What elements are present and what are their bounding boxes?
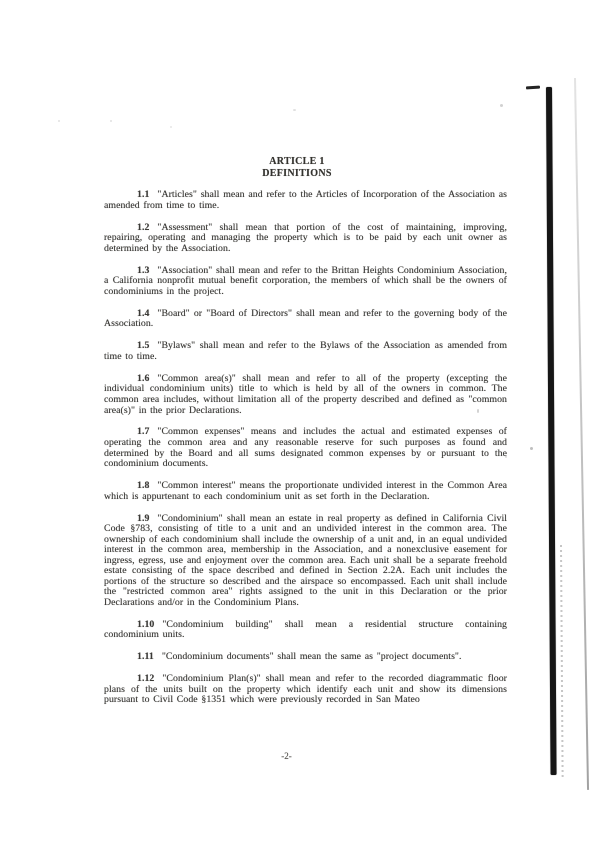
section-number: 1.10: [137, 619, 162, 630]
section-text: "Condominium building" shall mean a resi…: [104, 619, 507, 641]
definition-paragraph-1-12: 1.12"Condominium Plan(s)" shall mean and…: [104, 674, 507, 706]
section-text: "Condominium Plan(s)" shall mean and ref…: [104, 673, 507, 705]
section-text: "Articles" shall mean and refer to the A…: [104, 189, 507, 211]
article-subtitle: DEFINITIONS: [104, 168, 490, 180]
section-number: 1.11: [137, 651, 162, 662]
definition-paragraph-1-11: 1.11"Condominium documents" shall mean t…: [104, 652, 507, 663]
definition-paragraph-1-5: 1.5"Bylaws" shall mean and refer to the …: [104, 341, 507, 362]
section-number: 1.5: [137, 340, 157, 351]
article-title: ARTICLE 1: [104, 156, 490, 168]
scan-speck: [530, 447, 533, 450]
section-number: 1.1: [137, 189, 157, 200]
definition-paragraph-1-4: 1.4"Board" or "Board of Directors" shall…: [104, 309, 507, 330]
section-number: 1.12: [137, 673, 162, 684]
section-number: 1.7: [137, 426, 157, 437]
section-text: "Condominium documents" shall mean the s…: [162, 651, 462, 662]
definition-paragraph-1-2: 1.2"Assessment" shall mean that portion …: [104, 223, 507, 255]
scanned-document-page: ARTICLE 1 DEFINITIONS 1.1"Articles" shal…: [0, 0, 600, 848]
scan-binding-bar: [546, 87, 557, 775]
section-text: "Common expenses" means and includes the…: [104, 426, 507, 469]
scan-speck: [58, 120, 60, 122]
scan-speck: [170, 126, 172, 128]
section-text: "Condominium" shall mean an estate in re…: [104, 513, 507, 608]
definition-paragraph-1-10: 1.10"Condominium building" shall mean a …: [104, 620, 507, 641]
section-text: "Common interest" means the proportionat…: [104, 480, 507, 502]
section-text: "Association" shall mean and refer to th…: [104, 265, 507, 297]
section-text: "Common area(s)" shall mean and refer to…: [104, 373, 507, 416]
scan-dotted-line: [560, 545, 564, 778]
section-number: 1.9: [137, 513, 157, 524]
section-number: 1.8: [137, 480, 157, 491]
scan-tick-mark: [526, 86, 540, 90]
article-heading: ARTICLE 1 DEFINITIONS: [104, 156, 507, 179]
definition-paragraph-1-9: 1.9"Condominium" shall mean an estate in…: [104, 514, 507, 609]
page-edge-shadow-line: [574, 78, 589, 790]
definition-paragraph-1-1: 1.1"Articles" shall mean and refer to th…: [104, 190, 507, 211]
definition-paragraph-1-3: 1.3"Association" shall mean and refer to…: [104, 266, 507, 298]
section-text: "Assessment" shall mean that portion of …: [104, 222, 507, 254]
definition-paragraph-1-7: 1.7"Common expenses" means and includes …: [104, 427, 507, 469]
page-number: -2-: [104, 751, 507, 761]
definition-paragraph-1-6: 1.6"Common area(s)" shall mean and refer…: [104, 374, 507, 416]
scan-speck: [293, 109, 296, 111]
section-text: "Bylaws" shall mean and refer to the Byl…: [104, 340, 507, 362]
section-text: "Board" or "Board of Directors" shall me…: [104, 308, 507, 330]
section-number: 1.2: [137, 222, 157, 233]
section-number: 1.4: [137, 308, 157, 319]
scan-speck: [505, 455, 507, 458]
scan-speck: [110, 120, 112, 122]
definition-paragraph-1-8: 1.8"Common interest" means the proportio…: [104, 481, 507, 502]
scan-speck: [477, 409, 479, 413]
scan-speck: [500, 104, 503, 107]
document-body: ARTICLE 1 DEFINITIONS 1.1"Articles" shal…: [104, 156, 507, 706]
